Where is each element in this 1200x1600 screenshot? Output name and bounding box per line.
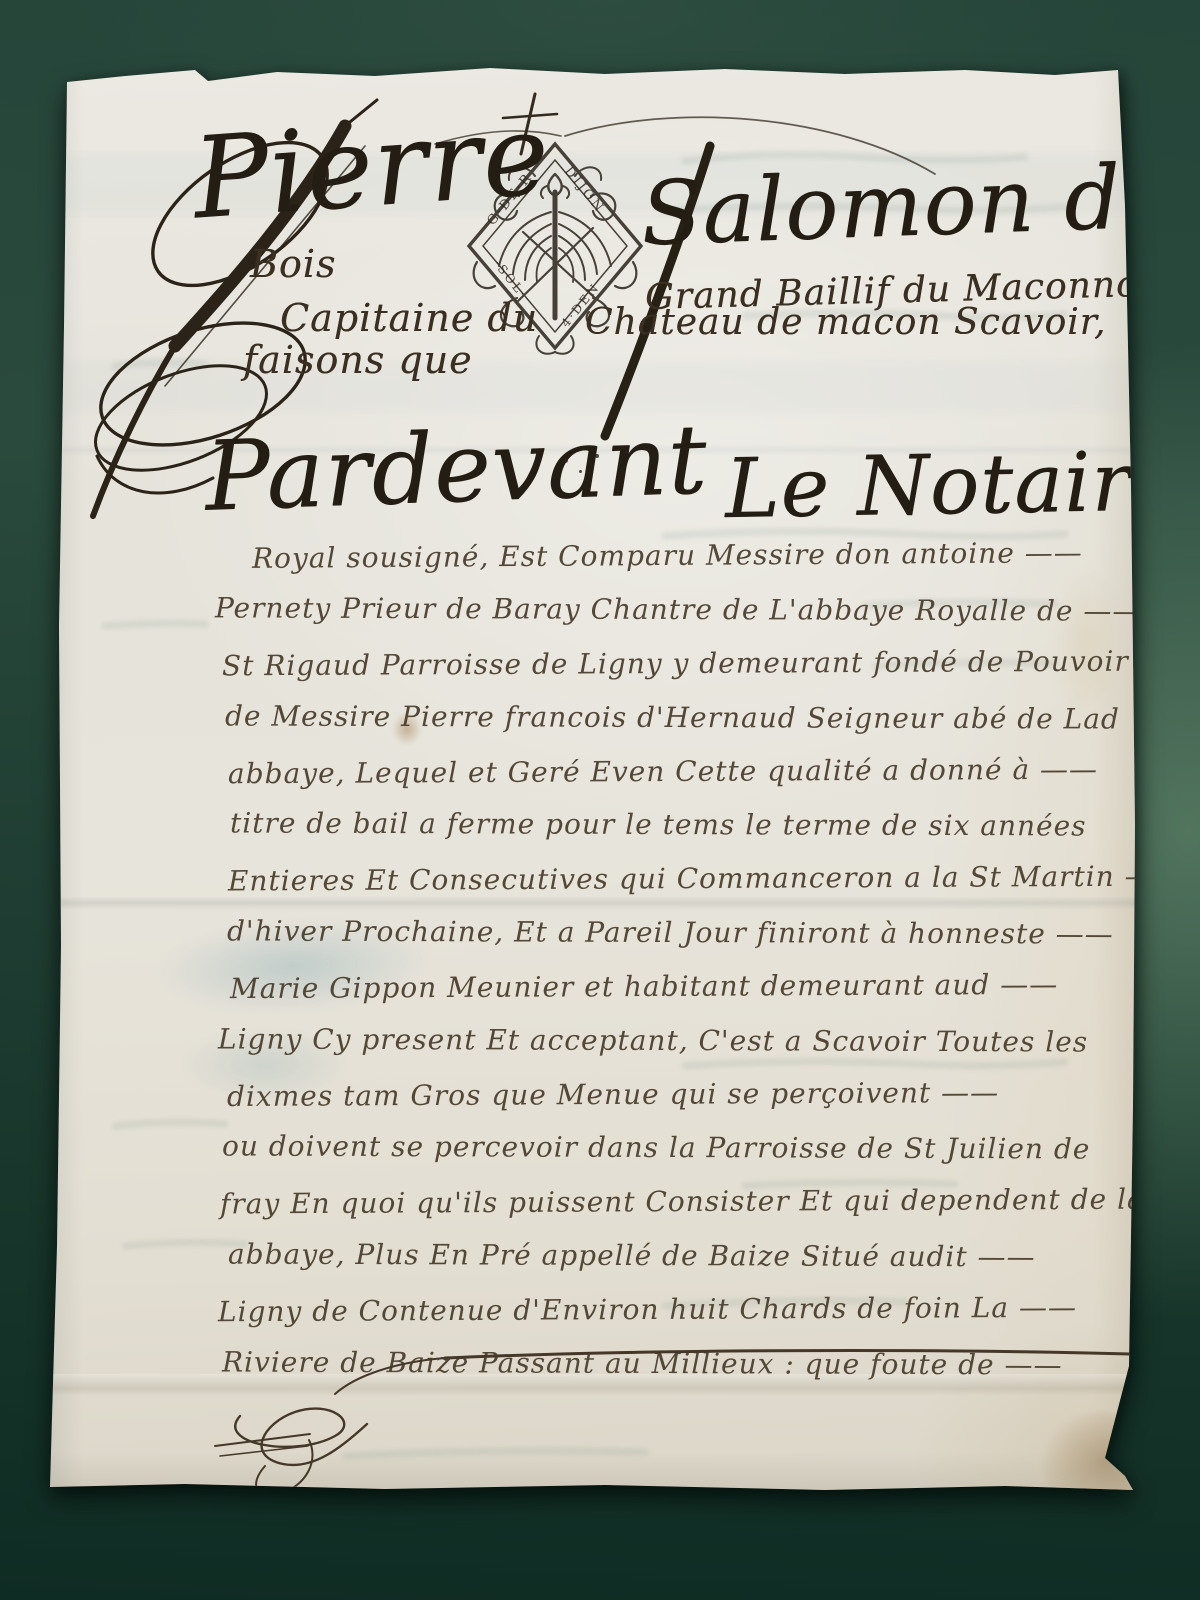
body-line: Entieres Et Consecutives qui Commanceron… [228,857,1183,902]
header-line3-left: Capitaine du [280,296,538,340]
body-line: abbaye, Lequel et Geré Even Cette qualit… [228,750,1098,795]
header-line4: faisons que [243,338,473,382]
body-line: Royal sousigné, Est Comparu Messire don … [252,533,1083,579]
body-line: Pernety Prieur de Baray Chantre de L'abb… [215,588,1142,631]
body-line: dixmes tam Gros que Menue qui se perçoiv… [227,1073,999,1117]
header-line2-left: Bois [250,242,336,286]
paper-surface: G·DE·R DIJON ·SOL· 4·DEN Pierre Salomon … [45,66,1137,1494]
header-name-pierre: Pierre [189,90,554,245]
body-line: fray En quoi qu'ils puissent Consister E… [220,1180,1164,1225]
ink-splatter [557,450,617,490]
header-line3-right: Chateau de macon Scavoir, [585,302,1106,343]
subheading-pardevant: Pardevant [203,403,709,532]
paper-sheet: G·DE·R DIJON ·SOL· 4·DEN Pierre Salomon … [45,66,1137,1494]
body-line: St Rigaud Parroisse de Ligny y demeurant… [222,642,1129,687]
paraph-flourish [145,1296,1145,1506]
body-line: abbaye, Plus En Pré appellé de Baize Sit… [228,1235,1036,1278]
body-line: Marie Gippon Meunier et habitant demeura… [230,965,1058,1009]
document-photo: G·DE·R DIJON ·SOL· 4·DEN Pierre Salomon … [0,0,1200,1600]
body-line: titre de bail a ferme pour le tems le te… [230,804,1087,847]
body-line: de Messire Pierre francois d'Hernaud Sei… [225,696,1120,739]
body-line: d'hiver Prochaine, Et a Pareil Jour fini… [227,911,1114,954]
subheading-le-notaire: Le Notaire [724,434,1182,537]
body-line: ou doivent se percevoir dans la Parroiss… [222,1126,1091,1169]
header-name-salomon: Salomon deu [639,142,1200,266]
body-line: Ligny Cy present Et acceptant, C'est a S… [218,1019,1088,1062]
